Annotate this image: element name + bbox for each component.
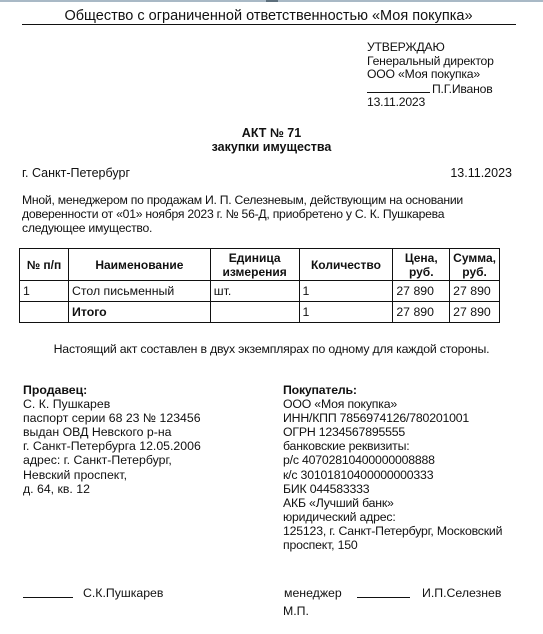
- buyer-line: банковские реквизиты:: [283, 439, 502, 453]
- intro-line: доверенности от «01» ноября 2023 г. № 56…: [22, 207, 463, 221]
- seller-line: адрес: г. Санкт-Петербург,: [23, 453, 201, 467]
- act-intro: Мной, менеджером по продажам И. П. Селез…: [22, 193, 463, 235]
- cell-price: 27 890: [393, 281, 450, 302]
- approval-block: УТВЕРЖДАЮ Генеральный директор ООО «Моя …: [367, 41, 494, 110]
- total-unit: [210, 302, 299, 323]
- approval-line: УТВЕРЖДАЮ: [367, 41, 494, 55]
- cell-number: 1: [20, 281, 69, 302]
- approval-date: 13.11.2023: [367, 96, 494, 110]
- seller-heading: Продавец:: [23, 383, 201, 397]
- act-city: г. Санкт-Петербург: [22, 166, 130, 180]
- total-quantity: 1: [299, 302, 393, 323]
- approval-signer: П.Г.Иванов: [432, 82, 493, 96]
- act-subtitle: закупки имущества: [0, 140, 543, 154]
- total-number: [20, 302, 69, 323]
- buyer-line: АКБ «Лучший банк»: [283, 496, 502, 510]
- approval-line: Генеральный директор: [367, 55, 494, 69]
- act-title-block: АКТ № 71 закупки имущества: [0, 126, 543, 154]
- approval-line: ООО «Моя покупка»: [367, 68, 494, 82]
- buyer-line: юридический адрес:: [283, 510, 502, 524]
- seller-line: С. К. Пушкарев: [23, 397, 201, 411]
- buyer-line: ООО «Моя покупка»: [283, 397, 502, 411]
- buyer-line: 125123, г. Санкт-Петербург, Московский: [283, 524, 502, 538]
- total-label: Итого: [69, 302, 211, 323]
- buyer-line: ОГРН 1234567895555: [283, 425, 502, 439]
- buyer-line: проспект, 150: [283, 538, 502, 552]
- signature-line: [367, 82, 430, 93]
- column-header-name: Наименование: [69, 249, 211, 281]
- stamp-placeholder: М.П.: [283, 604, 309, 618]
- header-rule: [22, 24, 516, 25]
- cell-name: Стол письменный: [69, 281, 211, 302]
- seller-signature-line: [23, 597, 73, 598]
- items-table: № п/п Наименование Единица измерения Кол…: [19, 248, 500, 323]
- column-header-sum: Сумма, руб.: [450, 249, 500, 281]
- seller-line: паспорт серии 68 23 № 123456: [23, 411, 201, 425]
- organization-name: Общество с ограниченной ответственностью…: [22, 8, 515, 24]
- cell-unit: шт.: [210, 281, 299, 302]
- table-total-row: Итого 1 27 890 27 890: [20, 302, 500, 323]
- column-header-unit: Единица измерения: [210, 249, 299, 281]
- total-sum: 27 890: [450, 302, 500, 323]
- total-price: 27 890: [393, 302, 450, 323]
- seller-line: г. Санкт-Петербурга 12.05.2006: [23, 439, 201, 453]
- cell-quantity: 1: [299, 281, 393, 302]
- intro-line: Мной, менеджером по продажам И. П. Селез…: [22, 193, 463, 207]
- column-header-number: № п/п: [20, 249, 69, 281]
- closing-statement: Настоящий акт составлен в двух экземпляр…: [0, 342, 543, 356]
- seller-line: выдан ОВД Невского р-на: [23, 425, 201, 439]
- buyer-signature-line: [357, 597, 410, 598]
- buyer-line: БИК 044583333: [283, 482, 502, 496]
- approval-signature-row: П.Г.Иванов: [367, 82, 494, 97]
- window-top-strip-marker: [266, 0, 278, 2]
- act-title: АКТ № 71: [0, 126, 543, 140]
- buyer-heading: Покупатель:: [283, 383, 502, 397]
- cell-sum: 27 890: [450, 281, 500, 302]
- buyer-line: ИНН/КПП 7856974126/780201001: [283, 411, 502, 425]
- table-header-row: № п/п Наименование Единица измерения Кол…: [20, 249, 500, 281]
- seller-block: Продавец: С. К. Пушкарев паспорт серии 6…: [23, 383, 201, 496]
- buyer-line: к/с 30101810400000000333: [283, 468, 502, 482]
- window-top-strip: [0, 0, 543, 2]
- seller-signature-name: С.К.Пушкарев: [83, 586, 163, 600]
- table-row: 1 Стол письменный шт. 1 27 890 27 890: [20, 281, 500, 302]
- buyer-signature-name: И.П.Селезнев: [422, 586, 501, 600]
- buyer-line: р/с 40702810400000008888: [283, 453, 502, 467]
- buyer-signature-position: менеджер: [284, 586, 342, 600]
- seller-line: Невский проспект,: [23, 468, 201, 482]
- column-header-quantity: Количество: [299, 249, 393, 281]
- column-header-price: Цена, руб.: [393, 249, 450, 281]
- intro-line: следующее имущество.: [22, 221, 463, 235]
- seller-line: д. 64, кв. 12: [23, 482, 201, 496]
- buyer-block: Покупатель: ООО «Моя покупка» ИНН/КПП 78…: [283, 383, 502, 552]
- act-date: 13.11.2023: [450, 166, 512, 180]
